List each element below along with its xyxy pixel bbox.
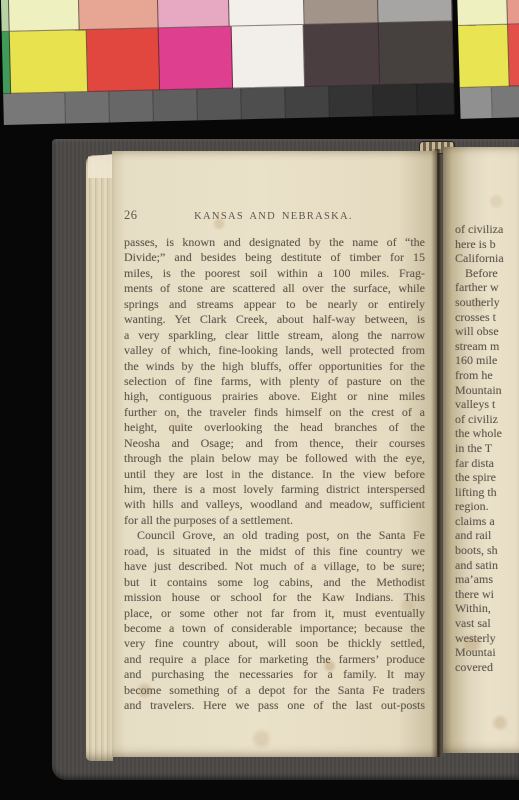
body-line: southerly [455,295,519,310]
body-line: for all the purposes of a settlement. [124,513,425,528]
body-line: of civiliz [455,412,519,427]
body-line: and travelers. Here we pass one of the l… [124,698,425,713]
color-patch [157,0,230,28]
body-line: covered [455,660,519,675]
running-title: KANSAS AND NEBRASKA. [158,211,389,222]
color-patch [8,0,80,32]
grayscale-step [241,87,286,119]
color-patch [228,0,305,27]
page-edges [86,155,113,761]
body-line: and purchasing the necessaries for a fam… [124,667,425,682]
grayscale-step [109,90,154,122]
body-line: crosses t [455,310,519,325]
color-patch [458,25,510,88]
body-line: of civiliza [455,222,519,237]
body-line: there wi [455,587,519,602]
page-header: 26 KANSAS AND NEBRASKA. [124,208,423,223]
body-line: far dista [455,456,519,471]
body-line: the spire [455,470,519,485]
grayscale-step [329,85,374,117]
color-patch [456,0,508,26]
grayscale-strip [460,86,519,119]
calibration-row-1 [456,0,519,26]
body-line: wanting. Yet Clark Creek, about half-way… [124,312,425,327]
body-line: a very sparkling, clear little stream, a… [124,328,425,343]
grayscale-step [153,89,198,121]
body-line: claims a [455,514,519,529]
body-line: lifting th [455,485,519,500]
body-line: Mountai [455,645,519,660]
grayscale-step [197,88,242,120]
body-line: and rail [455,528,519,543]
body-line: until they are lost in the distance. In … [124,467,425,482]
body-line: region. [455,499,519,514]
calibration-row-2 [458,24,519,88]
body-line: Council Grove, an old trading post, on t… [124,528,425,543]
body-line: farther w [455,280,519,295]
body-line: westerly [455,631,519,646]
color-patch [232,25,305,89]
body-line: vast sal [455,616,519,631]
right-page: of civilizahere is bCaliforniaBeforefart… [443,147,519,753]
grayscale-step [373,84,418,116]
color-patch [377,0,453,23]
body-line: California [455,251,519,266]
body-line: and require a place for marketing the fa… [124,652,425,667]
body-line: ments of stone are scattered all over th… [124,281,425,296]
body-line: road, is situated in the midst of this f… [124,544,425,559]
color-patch [87,28,160,92]
body-line: but it contains some log cabins, and the… [124,575,425,590]
calibration-row-2 [2,21,454,94]
body-line: Mountain [455,383,519,398]
color-patch [159,27,233,91]
grayscale-step [492,86,519,118]
body-line: place, or some other not far from it, mu… [124,606,425,621]
calibration-chart-right [456,0,519,119]
body-line: ma’ams [455,572,519,587]
body-line: mission house or school for the Kaw Indi… [124,590,425,605]
body-line: from he [455,368,519,383]
color-patch [506,0,519,25]
grayscale-step [3,93,66,125]
body-line: height, quite overlooking the head branc… [124,420,425,435]
body-line: the whole [455,426,519,441]
body-line: selection of fine farms, with plenty of … [124,374,425,389]
body-line: further on, the traveler finds himself o… [124,405,425,420]
color-patch [10,30,88,94]
scanned-book-photo: 26 KANSAS AND NEBRASKA. passes, is known… [0,0,519,800]
body-line: him, there is a most lovely farming dist… [124,482,425,497]
color-patch [379,21,454,85]
body-line: in the T [455,441,519,456]
grayscale-step [460,87,493,119]
body-line: with hills and valleys, woodland and mea… [124,497,425,512]
body-line: valleys t [455,397,519,412]
body-line: here is b [455,237,519,252]
body-line: passes, is known and designated by the n… [124,235,425,250]
body-line: high, contiguous prairies above. Eight o… [124,389,425,404]
body-line: valley of which, fine-looking lands, wel… [124,343,425,358]
body-line: have just described. Not much of a villa… [124,559,425,574]
body-line: very fine country about, will soon be th… [124,636,425,651]
grayscale-step [65,91,110,123]
color-patch [303,0,379,25]
page-number: 26 [124,208,158,223]
body-line: 160 mile [455,353,519,368]
color-patch [78,0,159,30]
body-line: stream m [455,339,519,354]
color-patch [508,24,519,86]
body-line: boots, sh [455,543,519,558]
body-line: Before [455,266,519,281]
left-page-text: passes, is known and designated by the n… [124,235,425,714]
grayscale-step [285,86,330,118]
grayscale-step [417,83,455,115]
body-line: the winds by the high bluffs, offer oppo… [124,359,425,374]
body-line: Divide;” and besides being destitute of … [124,250,425,265]
body-line: become a town of considerable importance… [124,621,425,636]
body-line: springs and streams appear to be nearly … [124,297,425,312]
calibration-chart-left [0,0,455,125]
body-line: will obse [455,324,519,339]
right-page-text: of civilizahere is bCaliforniaBeforefart… [455,222,519,674]
body-line: and satin [455,558,519,573]
body-line: become something of a depot for the Sant… [124,683,425,698]
body-line: through the plain below may be followed … [124,451,425,466]
body-line: Within, [455,601,519,616]
body-line: Neosha and Osage; and from thence, their… [124,436,425,451]
body-line: miles, is the poorest soil within a 100 … [124,266,425,281]
left-page: 26 KANSAS AND NEBRASKA. passes, is known… [112,151,437,757]
calibration-target [0,0,519,140]
color-patch [304,23,380,87]
